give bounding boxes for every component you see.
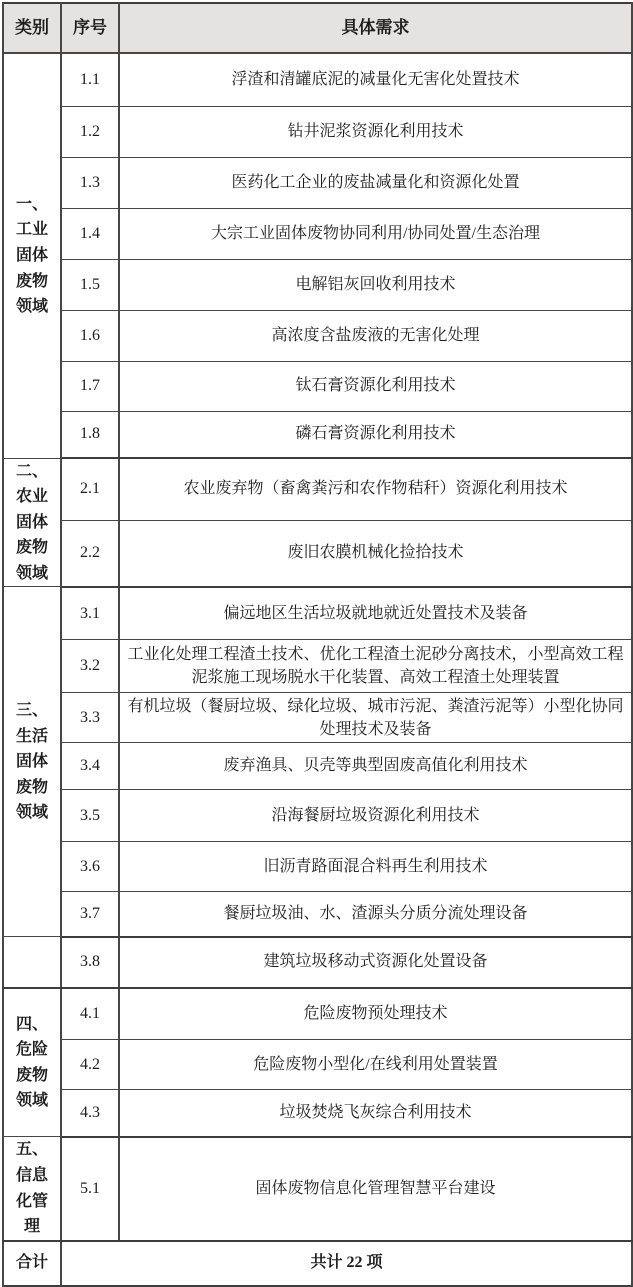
requirement-cell: 沿海餐厨垃圾资源化利用技术 bbox=[119, 790, 632, 842]
serial-cell: 1.1 bbox=[61, 53, 119, 106]
requirement-cell: 垃圾焚烧飞灰综合利用技术 bbox=[119, 1090, 632, 1137]
serial-cell: 3.2 bbox=[61, 640, 119, 693]
section-category-cell: 五、信息化管理 bbox=[3, 1137, 61, 1241]
total-row: 合计 共计 22 项 bbox=[3, 1241, 632, 1286]
requirement-cell: 钛石膏资源化利用技术 bbox=[119, 361, 632, 411]
requirement-cell: 钻井泥浆资源化利用技术 bbox=[119, 106, 632, 157]
document-page: 类别 序号 具体需求 一、工业固体废物领域 1.1 浮渣和清罐底泥的减量化无害化… bbox=[0, 0, 633, 1280]
requirement-cell: 建筑垃圾移动式资源化处置设备 bbox=[119, 937, 632, 988]
requirement-cell: 餐厨垃圾油、水、渣源头分质分流处理设备 bbox=[119, 892, 632, 937]
requirement-cell: 危险废物预处理技术 bbox=[119, 988, 632, 1040]
requirement-cell: 偏远地区生活垃圾就地就近处置技术及装备 bbox=[119, 587, 632, 640]
table-row: 1.4 大宗工业固体废物协同利用/协同处置/生态治理 bbox=[3, 208, 632, 259]
table-row: 3.4 废弃渔具、贝壳等典型固废高值化利用技术 bbox=[3, 743, 632, 790]
header-serial: 序号 bbox=[61, 3, 119, 53]
table-row: 1.8 磷石膏资源化利用技术 bbox=[3, 411, 632, 458]
serial-cell: 4.1 bbox=[61, 988, 119, 1040]
section-category-cell: 三、生活固体废物领域 bbox=[3, 587, 61, 937]
serial-cell: 2.1 bbox=[61, 458, 119, 520]
section-category-cell bbox=[3, 937, 61, 988]
requirement-cell: 废弃渔具、贝壳等典型固废高值化利用技术 bbox=[119, 743, 632, 790]
section-category-cell: 一、工业固体废物领域 bbox=[3, 53, 61, 458]
header-requirement: 具体需求 bbox=[119, 3, 632, 53]
requirement-cell: 大宗工业固体废物协同利用/协同处置/生态治理 bbox=[119, 208, 632, 259]
table-row: 3.2 工业化处理工程渣土技术、优化工程渣土泥砂分离技术，小型高效工程泥浆施工现… bbox=[3, 640, 632, 693]
table-row: 4.2 危险废物小型化/在线利用处置装置 bbox=[3, 1040, 632, 1090]
requirement-cell: 电解铝灰回收利用技术 bbox=[119, 259, 632, 310]
table-row: 3.5 沿海餐厨垃圾资源化利用技术 bbox=[3, 790, 632, 842]
serial-cell: 1.3 bbox=[61, 157, 119, 208]
serial-cell: 1.6 bbox=[61, 310, 119, 361]
serial-cell: 3.7 bbox=[61, 892, 119, 937]
table-row: 3.7 餐厨垃圾油、水、渣源头分质分流处理设备 bbox=[3, 892, 632, 937]
requirement-cell: 固体废物信息化管理智慧平台建设 bbox=[119, 1137, 632, 1241]
table-row: 1.7 钛石膏资源化利用技术 bbox=[3, 361, 632, 411]
table-row: 一、工业固体废物领域 1.1 浮渣和清罐底泥的减量化无害化处置技术 bbox=[3, 53, 632, 106]
table-row: 1.6 高浓度含盐废液的无害化处理 bbox=[3, 310, 632, 361]
requirement-cell: 有机垃圾（餐厨垃圾、绿化垃圾、城市污泥、粪渣污泥等）小型化协同处理技术及装备 bbox=[119, 693, 632, 743]
table-row: 4.3 垃圾焚烧飞灰综合利用技术 bbox=[3, 1090, 632, 1137]
table-row: 1.2 钻井泥浆资源化利用技术 bbox=[3, 106, 632, 157]
serial-cell: 5.1 bbox=[61, 1137, 119, 1241]
table-row: 三、生活固体废物领域 3.1 偏远地区生活垃圾就地就近处置技术及装备 bbox=[3, 587, 632, 640]
requirement-cell: 医药化工企业的废盐减量化和资源化处置 bbox=[119, 157, 632, 208]
requirement-cell: 废旧农膜机械化捡拾技术 bbox=[119, 520, 632, 587]
requirement-cell: 高浓度含盐废液的无害化处理 bbox=[119, 310, 632, 361]
header-category: 类别 bbox=[3, 3, 61, 53]
requirement-cell: 旧沥青路面混合料再生利用技术 bbox=[119, 842, 632, 892]
serial-cell: 3.5 bbox=[61, 790, 119, 842]
table-row: 1.3 医药化工企业的废盐减量化和资源化处置 bbox=[3, 157, 632, 208]
table-row: 3.3 有机垃圾（餐厨垃圾、绿化垃圾、城市污泥、粪渣污泥等）小型化协同处理技术及… bbox=[3, 693, 632, 743]
total-value-cell: 共计 22 项 bbox=[61, 1241, 632, 1286]
table-row: 二、农业固体废物领域 2.1 农业废弃物（畜禽粪污和农作物秸秆）资源化利用技术 bbox=[3, 458, 632, 520]
serial-cell: 3.4 bbox=[61, 743, 119, 790]
requirement-cell: 危险废物小型化/在线利用处置装置 bbox=[119, 1040, 632, 1090]
requirement-cell: 农业废弃物（畜禽粪污和农作物秸秆）资源化利用技术 bbox=[119, 458, 632, 520]
table-row: 四、危险废物领域 4.1 危险废物预处理技术 bbox=[3, 988, 632, 1040]
serial-cell: 1.8 bbox=[61, 411, 119, 458]
serial-cell: 1.4 bbox=[61, 208, 119, 259]
serial-cell: 2.2 bbox=[61, 520, 119, 587]
serial-cell: 1.5 bbox=[61, 259, 119, 310]
requirement-cell: 工业化处理工程渣土技术、优化工程渣土泥砂分离技术，小型高效工程泥浆施工现场脱水干… bbox=[119, 640, 632, 693]
serial-cell: 1.7 bbox=[61, 361, 119, 411]
section-category-cell: 四、危险废物领域 bbox=[3, 988, 61, 1137]
table-row: 1.5 电解铝灰回收利用技术 bbox=[3, 259, 632, 310]
total-label-cell: 合计 bbox=[3, 1241, 61, 1286]
serial-cell: 3.6 bbox=[61, 842, 119, 892]
requirement-cell: 磷石膏资源化利用技术 bbox=[119, 411, 632, 458]
table-row: 3.6 旧沥青路面混合料再生利用技术 bbox=[3, 842, 632, 892]
table-row: 2.2 废旧农膜机械化捡拾技术 bbox=[3, 520, 632, 587]
requirement-cell: 浮渣和清罐底泥的减量化无害化处置技术 bbox=[119, 53, 632, 106]
serial-cell: 4.2 bbox=[61, 1040, 119, 1090]
table-row: 五、信息化管理 5.1 固体废物信息化管理智慧平台建设 bbox=[3, 1137, 632, 1241]
header-row: 类别 序号 具体需求 bbox=[3, 3, 632, 53]
serial-cell: 3.3 bbox=[61, 693, 119, 743]
serial-cell: 3.8 bbox=[61, 937, 119, 988]
requirements-table: 类别 序号 具体需求 一、工业固体废物领域 1.1 浮渣和清罐底泥的减量化无害化… bbox=[2, 2, 633, 1287]
section-category-cell: 二、农业固体废物领域 bbox=[3, 458, 61, 587]
table-row: 3.8 建筑垃圾移动式资源化处置设备 bbox=[3, 937, 632, 988]
serial-cell: 3.1 bbox=[61, 587, 119, 640]
serial-cell: 1.2 bbox=[61, 106, 119, 157]
serial-cell: 4.3 bbox=[61, 1090, 119, 1137]
